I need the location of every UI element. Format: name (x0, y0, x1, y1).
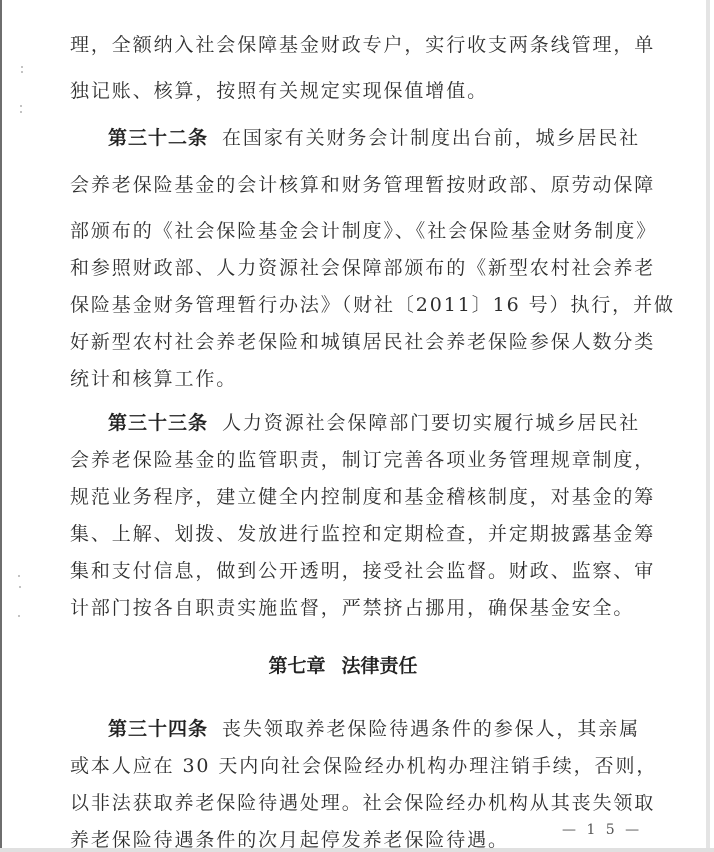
paragraph-line: 以非法获取养老保险待遇处理。社会保险经办机构从其丧失领取 (70, 788, 655, 818)
article-text: 丧失领取养老保险待遇条件的参保人，其亲属 (222, 718, 640, 740)
paragraph-line: 会养老保险基金的监管职责，制订完善各项业务管理规章制度， (70, 445, 655, 475)
document-page: 理，全额纳入社会保障基金财政专户，实行收支两条线管理，单 独记账、核算，按照有关… (0, 0, 714, 852)
scan-speck (21, 66, 23, 68)
scan-speck (18, 575, 20, 577)
scan-speck (20, 111, 22, 113)
article-number: 第三十四条 (108, 718, 208, 740)
article-34-first-line: 第三十四条丧失领取养老保险待遇条件的参保人，其亲属 (108, 714, 640, 744)
scan-speck (20, 105, 22, 107)
paragraph-line: 统计和核算工作。 (70, 364, 237, 394)
paragraph-line: 会养老保险基金的会计核算和财务管理暂按财政部、原劳动保障 (70, 170, 655, 200)
paragraph-line: 保险基金财务管理暂行办法》（财社〔2011〕16 号）执行，并做 (70, 290, 675, 320)
article-text: 在国家有关财务会计制度出台前，城乡居民社 (222, 127, 640, 149)
scan-speck (21, 71, 23, 73)
paragraph-line: 部颁布的《社会保险基金会计制度》、《社会保险基金财务制度》 (70, 216, 657, 246)
paragraph-line: 或本人应在 30 天内向社会保险经办机构办理注销手续，否则， (70, 751, 657, 781)
page-right-edge (706, 0, 710, 848)
paragraph-line: 好新型农村社会养老保险和城镇居民社会养老保险参保人数分类 (70, 327, 655, 357)
paragraph-line: 养老保险待遇条件的次月起停发养老保险待遇。 (70, 825, 509, 852)
article-number: 第三十三条 (108, 412, 208, 434)
article-text: 人力资源社会保障部门要切实履行城乡居民社 (222, 412, 640, 434)
paragraph-line: 集和支付信息，做到公开透明，接受社会监督。财政、监察、审 (70, 556, 655, 586)
scan-speck (18, 615, 20, 617)
paragraph-line: 和参照财政部、人力资源社会保障部颁布的《新型农村社会养老 (70, 253, 655, 283)
article-32-first-line: 第三十二条在国家有关财务会计制度出台前，城乡居民社 (108, 123, 640, 153)
page-left-edge (0, 0, 2, 848)
article-number: 第三十二条 (108, 127, 208, 149)
paragraph-line: 集、上解、划拨、发放进行监控和定期检查，并定期披露基金筹 (70, 519, 655, 549)
scan-speck (19, 586, 21, 588)
page-number: — 1 5 — (562, 822, 642, 838)
chapter-number: 第七章 (268, 655, 325, 677)
chapter-heading: 第七章法律责任 (70, 651, 616, 681)
paragraph-line: 计部门按各自职责实施监督，严禁挤占挪用，确保基金安全。 (70, 593, 634, 623)
paragraph-line: 独记账、核算，按照有关规定实现保值增值。 (70, 76, 488, 106)
chapter-title: 法律责任 (342, 655, 418, 677)
article-33-first-line: 第三十三条人力资源社会保障部门要切实履行城乡居民社 (108, 408, 640, 438)
paragraph-line: 理，全额纳入社会保障基金财政专户，实行收支两条线管理，单 (70, 30, 655, 60)
paragraph-line: 规范业务程序，建立健全内控制度和基金稽核制度，对基金的筹 (70, 482, 655, 512)
